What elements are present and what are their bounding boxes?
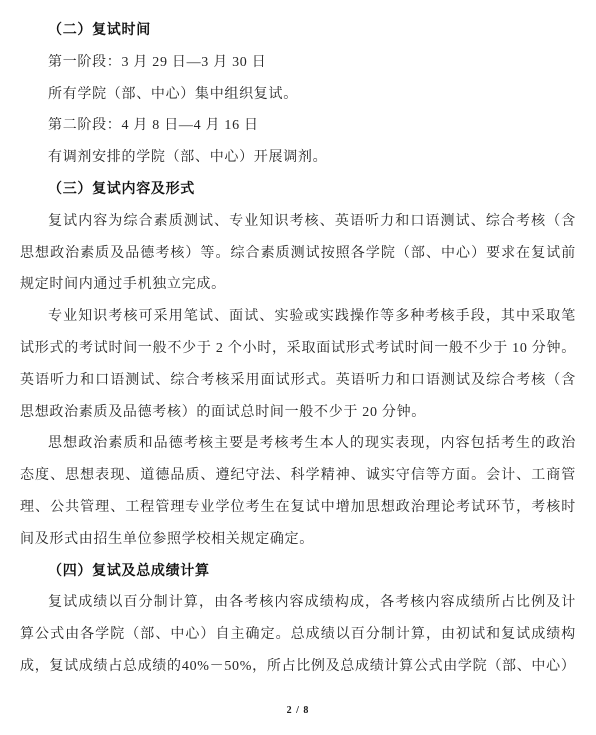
- paragraph: 复试内容为综合素质测试、专业知识考核、英语听力和口语测试、综合考核（含思想政治素…: [20, 206, 576, 301]
- section-fushi-neirong: （三）复试内容及形式 复试内容为综合素质测试、专业知识考核、英语听力和口语测试、…: [20, 174, 576, 556]
- paragraph: 第一阶段：3 月 29 日—3 月 30 日: [20, 47, 576, 79]
- section-chengji-jisuan: （四）复试及总成绩计算 复试成绩以百分制计算，由各考核内容成绩构成，各考核内容成…: [20, 556, 576, 683]
- document-page: （二）复试时间 第一阶段：3 月 29 日—3 月 30 日 所有学院（部、中心…: [0, 0, 596, 735]
- section-heading: （三）复试内容及形式: [20, 174, 576, 206]
- section-heading: （四）复试及总成绩计算: [20, 556, 576, 588]
- section-fushi-shijian: （二）复试时间 第一阶段：3 月 29 日—3 月 30 日 所有学院（部、中心…: [20, 15, 576, 174]
- section-heading: （二）复试时间: [20, 15, 576, 47]
- page-number: 2 / 8: [0, 705, 596, 716]
- paragraph: 所有学院（部、中心）集中组织复试。: [20, 79, 576, 111]
- paragraph: 思想政治素质和品德考核主要是考核考生本人的现实表现，内容包括考生的政治态度、思想…: [20, 428, 576, 555]
- paragraph: 专业知识考核可采用笔试、面试、实验或实践操作等多种考核手段，其中采取笔试形式的考…: [20, 301, 576, 428]
- paragraph: 有调剂安排的学院（部、中心）开展调剂。: [20, 142, 576, 174]
- document-body: （二）复试时间 第一阶段：3 月 29 日—3 月 30 日 所有学院（部、中心…: [20, 15, 576, 683]
- paragraph: 第二阶段：4 月 8 日—4 月 16 日: [20, 110, 576, 142]
- paragraph: 复试成绩以百分制计算，由各考核内容成绩构成，各考核内容成绩所占比例及计算公式由各…: [20, 587, 576, 682]
